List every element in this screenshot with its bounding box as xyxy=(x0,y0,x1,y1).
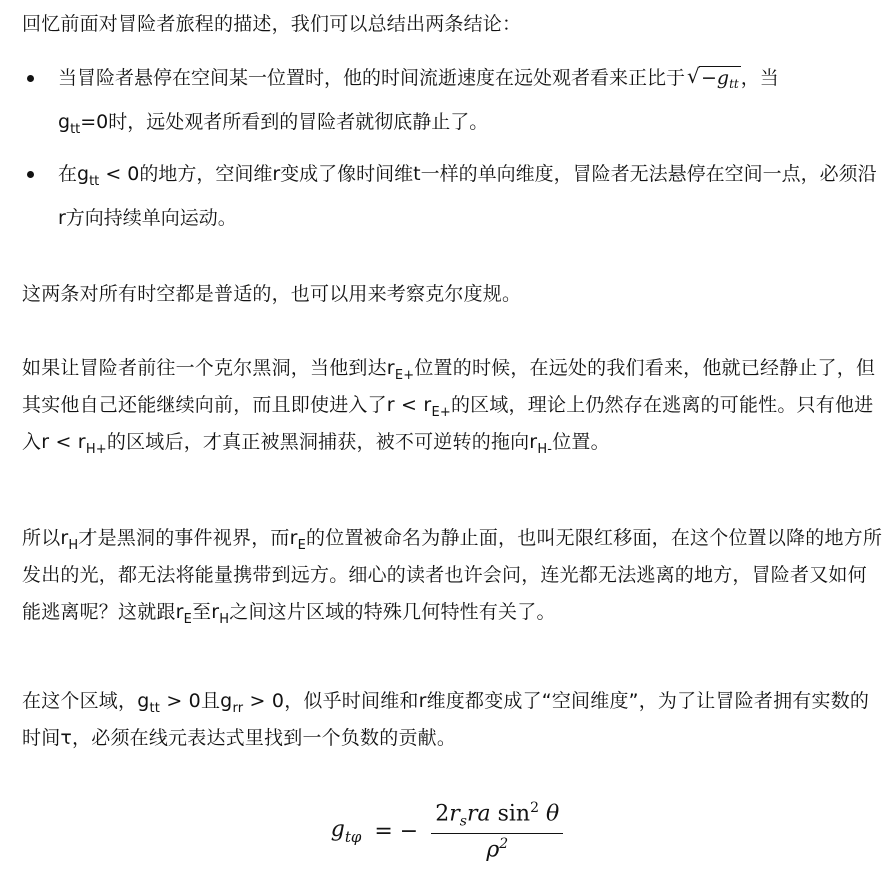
subscript: E xyxy=(184,612,192,627)
subscript: E+ xyxy=(395,368,415,383)
text: 至r xyxy=(192,601,219,623)
formula-equals: = − xyxy=(374,819,418,844)
paragraph-region: 在这个区域，gtt > 0且grr > 0，似乎时间维和r维度都变成了“空间维度… xyxy=(22,683,884,757)
text: 之间这片区域的特殊几何特性有关了。 xyxy=(229,601,555,623)
intro-paragraph: 回忆前面对冒险者旅程的描述，我们可以总结出两条结论： xyxy=(22,6,884,43)
bullet-icon xyxy=(27,171,34,178)
metric-sub: rr xyxy=(232,701,243,716)
list-item: 当冒险者悬停在空间某一位置时，他的时间流逝速度在远处观者看来正比于√−gtt，当… xyxy=(22,56,884,144)
metric-formula: gtφ = − 2rsra sin2 θ ρ2 xyxy=(0,800,894,862)
num-sup: 2 xyxy=(530,800,539,816)
formula-fraction: 2rsra sin2 θ ρ2 xyxy=(431,800,563,862)
subscript: H xyxy=(68,538,78,553)
subscript: H- xyxy=(537,442,552,457)
metric-symbol: g xyxy=(137,690,149,712)
radical-icon: √ xyxy=(687,54,700,98)
bullet-text: < 0的地方，空间维r变成了像时间维t一样的单向维度，冒险者无法悬停在空间一点，… xyxy=(58,163,877,229)
sqrt-sub: tt xyxy=(729,77,739,91)
metric-sub: tt xyxy=(149,701,160,716)
metric-symbol: g xyxy=(77,163,89,185)
num-theta: θ xyxy=(539,801,559,826)
num-sin: sin xyxy=(491,801,531,826)
metric-symbol: g xyxy=(58,111,70,133)
den-sup: 2 xyxy=(499,836,508,852)
formula-denominator: ρ2 xyxy=(431,834,563,862)
bullet-text: 当冒险者悬停在空间某一位置时，他的时间流逝速度在远处观者看来正比于 xyxy=(58,67,685,89)
list-item: 在gtt < 0的地方，空间维r变成了像时间维t一样的单向维度，冒险者无法悬停在… xyxy=(22,152,884,240)
bullet-text: =0时，远处观者所看到的冒险者就彻底静止了。 xyxy=(80,111,488,133)
text: 位置。 xyxy=(552,431,610,453)
num-ra: ra xyxy=(467,801,491,826)
sqrt-expr: −g xyxy=(701,67,729,89)
metric-sub: tt xyxy=(70,122,80,137)
subscript: H xyxy=(219,612,229,627)
text: 所以r xyxy=(22,527,68,549)
text: 才是黑洞的事件视界，而r xyxy=(78,527,297,549)
formula-lhs: gtφ xyxy=(331,817,362,846)
num-r: r xyxy=(449,801,460,826)
formula-sub: tφ xyxy=(345,828,362,846)
paragraph-universal: 这两条对所有时空都是普适的，也可以用来考察克尔度规。 xyxy=(22,276,884,313)
subscript: H+ xyxy=(86,442,107,457)
formula-symbol: g xyxy=(331,817,345,842)
bullet-text: 在 xyxy=(58,163,77,185)
paragraph-event-horizon: 所以rH才是黑洞的事件视界，而rE的位置被命名为静止面，也叫无限红移面，在这个位… xyxy=(22,520,884,631)
sqrt-formula: √−gtt xyxy=(687,56,741,100)
metric-sub: tt xyxy=(89,174,99,189)
metric-symbol: g xyxy=(220,690,232,712)
den-rho: ρ xyxy=(486,837,499,862)
text: 在这个区域， xyxy=(22,690,137,712)
text: 如果让冒险者前往一个克尔黑洞，当他到达r xyxy=(22,357,395,379)
paragraph-kerr-journey: 如果让冒险者前往一个克尔黑洞，当他到达rE+位置的时候，在远处的我们看来，他就已… xyxy=(22,350,884,461)
num-sub: s xyxy=(460,814,467,830)
bullet-text: ，当 xyxy=(741,67,779,89)
text: > 0且 xyxy=(160,690,220,712)
num-coef: 2 xyxy=(435,801,449,826)
bullet-icon xyxy=(27,75,34,82)
subscript: E+ xyxy=(431,405,451,420)
text: 的区域后，才真正被黑洞捕获，被不可逆转的拖向r xyxy=(107,431,537,453)
formula-numerator: 2rsra sin2 θ xyxy=(431,800,563,834)
subscript: E xyxy=(298,538,306,553)
conclusion-list: 当冒险者悬停在空间某一位置时，他的时间流逝速度在远处观者看来正比于√−gtt，当… xyxy=(22,56,884,248)
